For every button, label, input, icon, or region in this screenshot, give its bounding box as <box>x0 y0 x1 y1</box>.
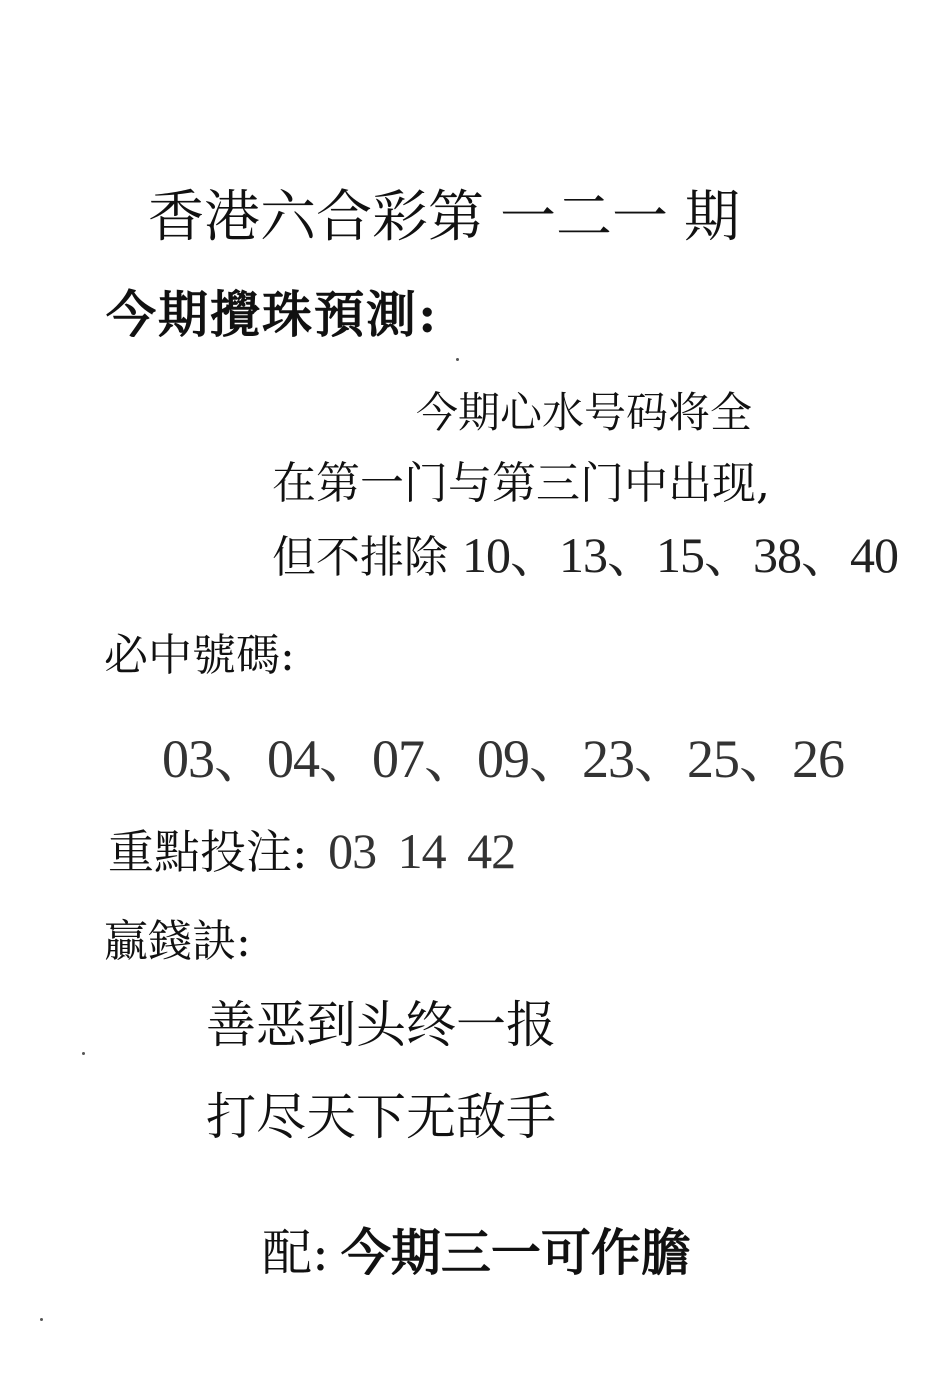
key-bet-line: 重點投注: 03 14 42 <box>108 826 515 876</box>
prediction-line-2: 在第一门与第三门中出现, <box>272 462 770 506</box>
excluded-numbers: 10、13、15、38、40 <box>462 527 898 583</box>
title-suffix: 期 <box>684 185 740 250</box>
footer-label: 配: <box>262 1224 329 1282</box>
prediction-heading: 今期攪珠預測: <box>106 290 438 340</box>
prediction-line-3: 但不排除 10、13、15、38、40 <box>272 530 898 580</box>
prediction-line-1: 今期心水号码将全 <box>416 392 752 434</box>
scan-speck <box>40 1318 43 1321</box>
prediction-line-3-text: 但不排除 <box>272 532 448 583</box>
winning-tip-heading: 贏錢訣: <box>104 920 251 964</box>
title-issue: 一二一 <box>500 185 668 250</box>
title-prefix: 香港六合彩第 <box>148 185 484 250</box>
footer-text: 今期三一可作膽 <box>341 1223 691 1282</box>
verse-line-1: 善恶到头终一报 <box>206 1000 556 1050</box>
key-bet-label: 重點投注: <box>108 825 308 879</box>
verse-line-2: 打尽天下无敌手 <box>206 1092 556 1142</box>
document-title: 香港六合彩第一二一期 <box>148 190 740 246</box>
scan-speck <box>82 1052 85 1055</box>
must-hit-numbers: 03、04、07、09、23、25、26 <box>162 732 844 786</box>
key-bet-numbers: 03 14 42 <box>328 823 515 879</box>
must-hit-heading: 必中號碼: <box>104 634 295 678</box>
scan-speck <box>456 358 459 361</box>
footer-line: 配:今期三一可作膽 <box>262 1228 691 1278</box>
